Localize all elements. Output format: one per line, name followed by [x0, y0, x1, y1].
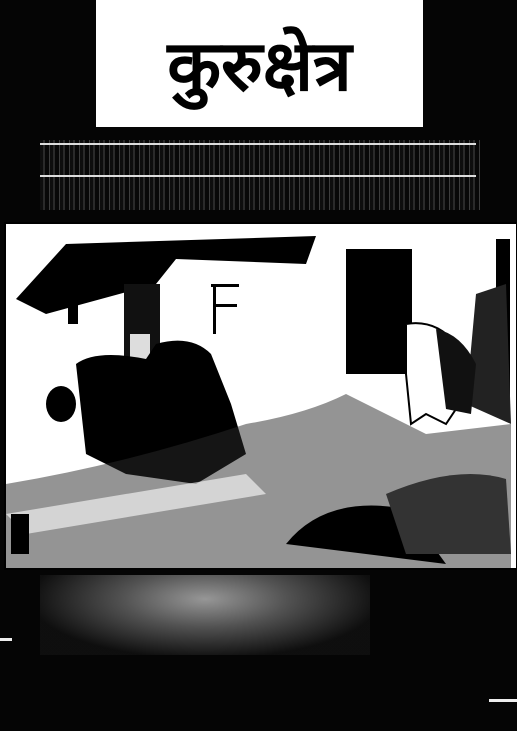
divider-line: [40, 143, 476, 145]
magazine-title: कुरुक्षेत्र: [167, 31, 351, 101]
cover-photo: [4, 222, 517, 570]
divider-line: [40, 175, 476, 177]
registration-mark: [489, 699, 517, 702]
registration-mark: [0, 638, 12, 641]
cover-subtitle: [90, 698, 470, 726]
magazine-cover: कुरुक्षेत्र: [0, 0, 517, 731]
village-scene-image: [6, 224, 516, 568]
halftone-band: [40, 575, 370, 655]
masthead: कुरुक्षेत्र: [96, 0, 423, 127]
